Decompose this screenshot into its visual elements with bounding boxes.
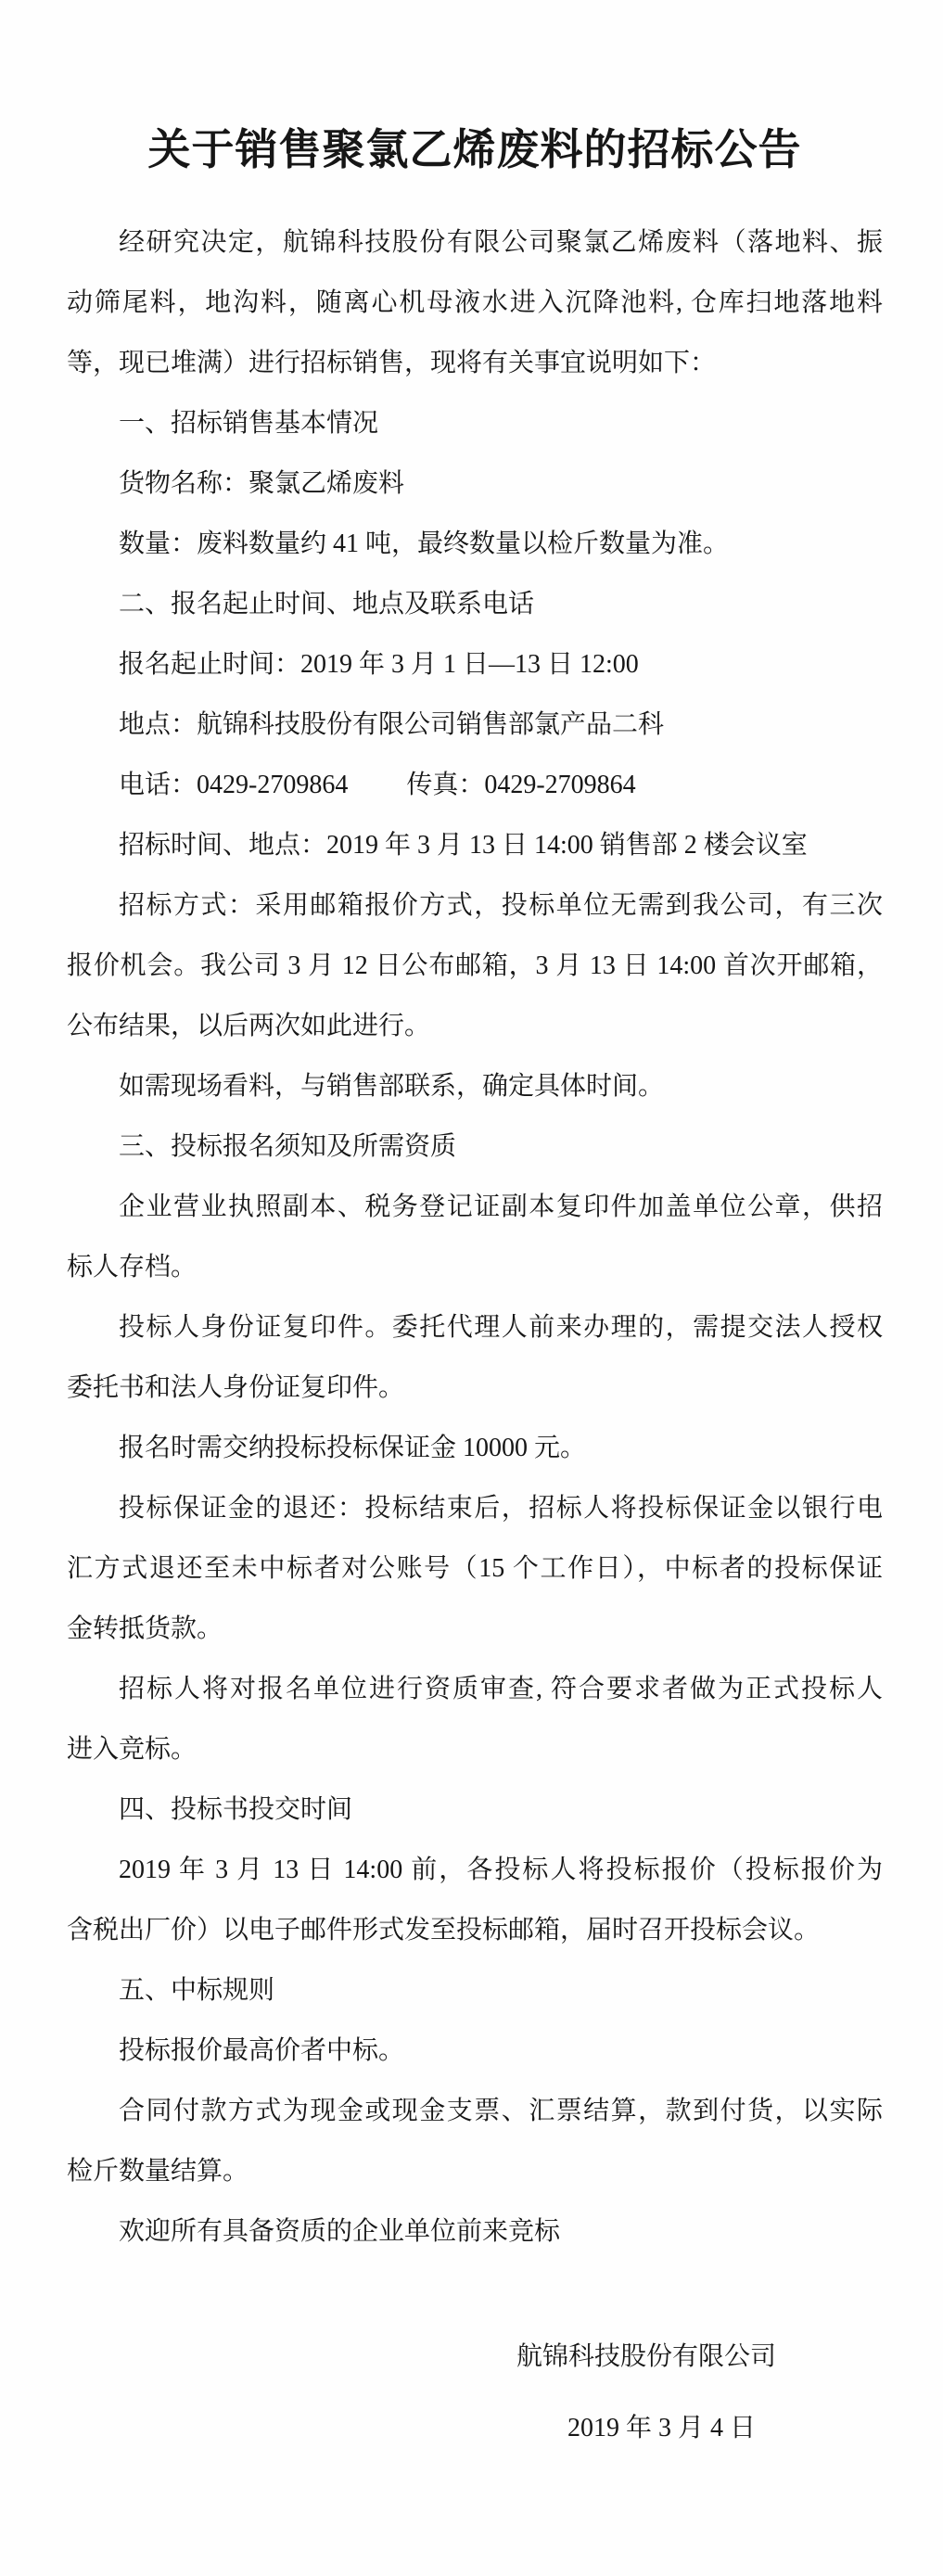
document-line: 2019 年 3 月 13 日 14:00 前，各投标人将投标报价（投标报价为	[67, 1840, 883, 1900]
document-body: 经研究决定，航锦科技股份有限公司聚氯乙烯废料（落地料、振动筛尾料，地沟料，随离心…	[67, 212, 883, 2262]
document-line: 五、中标规则	[67, 1960, 883, 2021]
document-line: 招标方式：采用邮箱报价方式，投标单位无需到我公司，有三次	[67, 875, 883, 936]
document-line: 投标人身份证复印件。委托代理人前来办理的，需提交法人授权	[67, 1297, 883, 1358]
document-line: 等，现已堆满）进行招标销售，现将有关事宜说明如下：	[67, 333, 883, 393]
document-line: 报名时需交纳投标投标保证金 10000 元。	[67, 1418, 883, 1478]
document-line: 招标时间、地点：2019 年 3 月 13 日 14:00 销售部 2 楼会议室	[67, 815, 883, 875]
document-line: 经研究决定，航锦科技股份有限公司聚氯乙烯废料（落地料、振	[67, 212, 883, 273]
document-line: 委托书和法人身份证复印件。	[67, 1358, 883, 1418]
document-page: 关于销售聚氯乙烯废料的招标公告 经研究决定，航锦科技股份有限公司聚氯乙烯废料（落…	[0, 0, 943, 2576]
document-line: 含税出厂价）以电子邮件形式发至投标邮箱，届时召开投标会议。	[67, 1900, 883, 1960]
document-line: 报价机会。我公司 3 月 12 日公布邮箱，3 月 13 日 14:00 首次开…	[67, 936, 883, 996]
document-line: 投标保证金的退还：投标结束后，招标人将投标保证金以银行电	[67, 1478, 883, 1538]
document-line: 招标人将对报名单位进行资质审查, 符合要求者做为正式投标人	[67, 1659, 883, 1719]
document-line: 货物名称：聚氯乙烯废料	[67, 453, 883, 514]
document-line: 报名起止时间：2019 年 3 月 1 日—13 日 12:00	[67, 634, 883, 695]
document-line: 企业营业执照副本、税务登记证副本复印件加盖单位公章，供招	[67, 1177, 883, 1237]
document-line: 金转抵货款。	[67, 1599, 883, 1659]
document-line: 二、报名起止时间、地点及联系电话	[67, 574, 883, 634]
document-line: 动筛尾料，地沟料，随离心机母液水进入沉降池料, 仓库扫地落地料	[67, 273, 883, 333]
document-line: 如需现场看料，与销售部联系，确定具体时间。	[67, 1056, 883, 1116]
document-line: 标人存档。	[67, 1237, 883, 1297]
signature-company: 航锦科技股份有限公司	[67, 2327, 883, 2387]
document-line: 四、投标书投交时间	[67, 1779, 883, 1840]
document-line: 进入竞标。	[67, 1719, 883, 1779]
document-line: 投标报价最高价者中标。	[67, 2021, 883, 2081]
document-line: 检斤数量结算。	[67, 2141, 883, 2201]
document-title: 关于销售聚氯乙烯废料的招标公告	[67, 127, 883, 173]
document-line: 三、投标报名须知及所需资质	[67, 1116, 883, 1177]
signature-date: 2019 年 3 月 4 日	[67, 2398, 883, 2458]
document-line: 数量：废料数量约 41 吨，最终数量以检斤数量为准。	[67, 514, 883, 574]
document-line: 合同付款方式为现金或现金支票、汇票结算，款到付货，以实际	[67, 2081, 883, 2141]
document-line: 地点：航锦科技股份有限公司销售部氯产品二科	[67, 695, 883, 755]
document-line: 公布结果，以后两次如此进行。	[67, 996, 883, 1056]
document-line: 电话：0429-2709864 传真：0429-2709864	[67, 755, 883, 815]
document-line: 欢迎所有具备资质的企业单位前来竞标	[67, 2201, 883, 2262]
document-line: 一、招标销售基本情况	[67, 393, 883, 453]
document-line: 汇方式退还至未中标者对公账号（15 个工作日），中标者的投标保证	[67, 1538, 883, 1599]
